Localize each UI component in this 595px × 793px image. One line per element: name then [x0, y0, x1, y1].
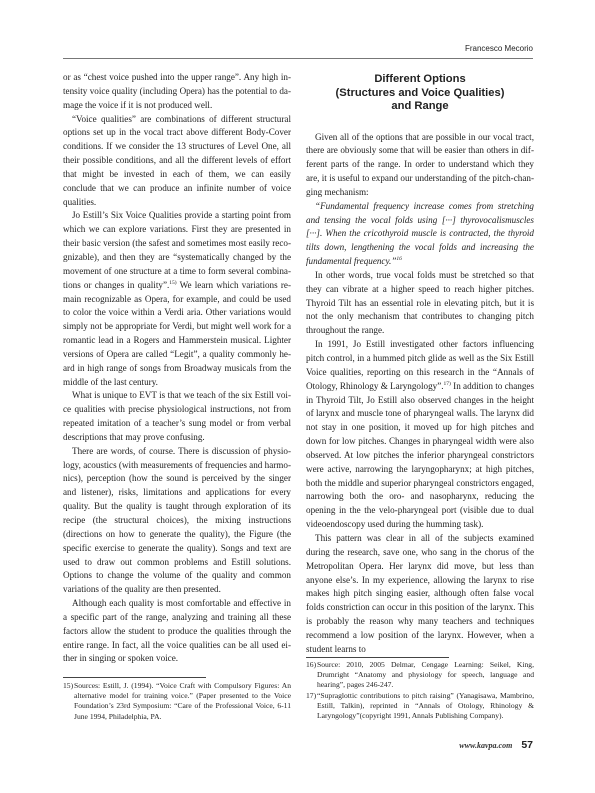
- paragraph: “Voice qualities” are combinations of di…: [63, 113, 291, 210]
- quote-text: “Fundamental frequency increase comes fr…: [306, 201, 534, 266]
- header-rule: [63, 58, 533, 59]
- page-number: 57: [521, 739, 533, 751]
- paragraph-text: We learn which variations re­main recogn…: [63, 280, 291, 387]
- footnote-text: Sources: Estill, J. (1994). “Voice Craft…: [74, 681, 291, 722]
- paragraph: Given all of the options that are possib…: [306, 131, 534, 200]
- footnote-rule: [63, 677, 206, 678]
- footnote-number: 15): [63, 681, 74, 722]
- paragraph: There are words, of course. There is dis…: [63, 445, 291, 597]
- paragraph: This pattern was clear in all of the sub…: [306, 532, 534, 657]
- paragraph: What is unique to EVT is that we teach o…: [63, 389, 291, 444]
- footnote-ref: 16: [396, 256, 402, 262]
- footnote-number: 17): [306, 691, 317, 722]
- page-footer: www.kavpa.com 57: [420, 735, 533, 753]
- footnote-number: 16): [306, 660, 317, 691]
- section-title-line: (Structures and Voice Qualities): [306, 87, 534, 101]
- running-head-author: Francesco Mecorio: [63, 44, 533, 53]
- website-link[interactable]: www.kavpa.com: [459, 741, 512, 750]
- block-quote: “Fundamental frequency increase comes fr…: [306, 200, 534, 269]
- paragraph-text: Jo Estill’s Six Voice Qualities provide …: [63, 210, 291, 289]
- footnote: 15) Sources: Estill, J. (1994). “Voice C…: [63, 681, 291, 722]
- left-column: or as “chest voice pushed into the upper…: [63, 71, 291, 666]
- footnote: 17) “Supraglottic contributions to pitch…: [306, 691, 534, 722]
- footnotes-right: 16) Source: 2010, 2005 Delmar, Cengage L…: [306, 660, 534, 721]
- paragraph: In 1991, Jo Estill investigated other fa…: [306, 338, 534, 532]
- paragraph-text: In addition to changes in Thyroid Tilt, …: [306, 381, 534, 529]
- right-column: Different Options (Structures and Voice …: [306, 71, 534, 657]
- paragraph: or as “chest voice pushed into the upper…: [63, 71, 291, 113]
- footnote-ref: 15): [169, 280, 176, 286]
- paragraph: In other words, true vocal folds must be…: [306, 269, 534, 338]
- footnote: 16) Source: 2010, 2005 Delmar, Cengage L…: [306, 660, 534, 691]
- section-title: Different Options (Structures and Voice …: [306, 73, 534, 114]
- section-title-line: and Range: [306, 100, 534, 114]
- footnotes-left: 15) Sources: Estill, J. (1994). “Voice C…: [63, 681, 291, 722]
- footnote-text: “Supraglottic contributions to pitch rai…: [317, 691, 534, 722]
- footnote-text: Source: 2010, 2005 Delmar, Cengage Learn…: [317, 660, 534, 691]
- paragraph: Although each quality is most comfortabl…: [63, 597, 291, 666]
- paragraph: Jo Estill’s Six Voice Qualities provide …: [63, 209, 291, 389]
- footnote-ref: 17): [444, 381, 451, 387]
- section-title-line: Different Options: [306, 73, 534, 87]
- footnote-rule: [306, 657, 449, 658]
